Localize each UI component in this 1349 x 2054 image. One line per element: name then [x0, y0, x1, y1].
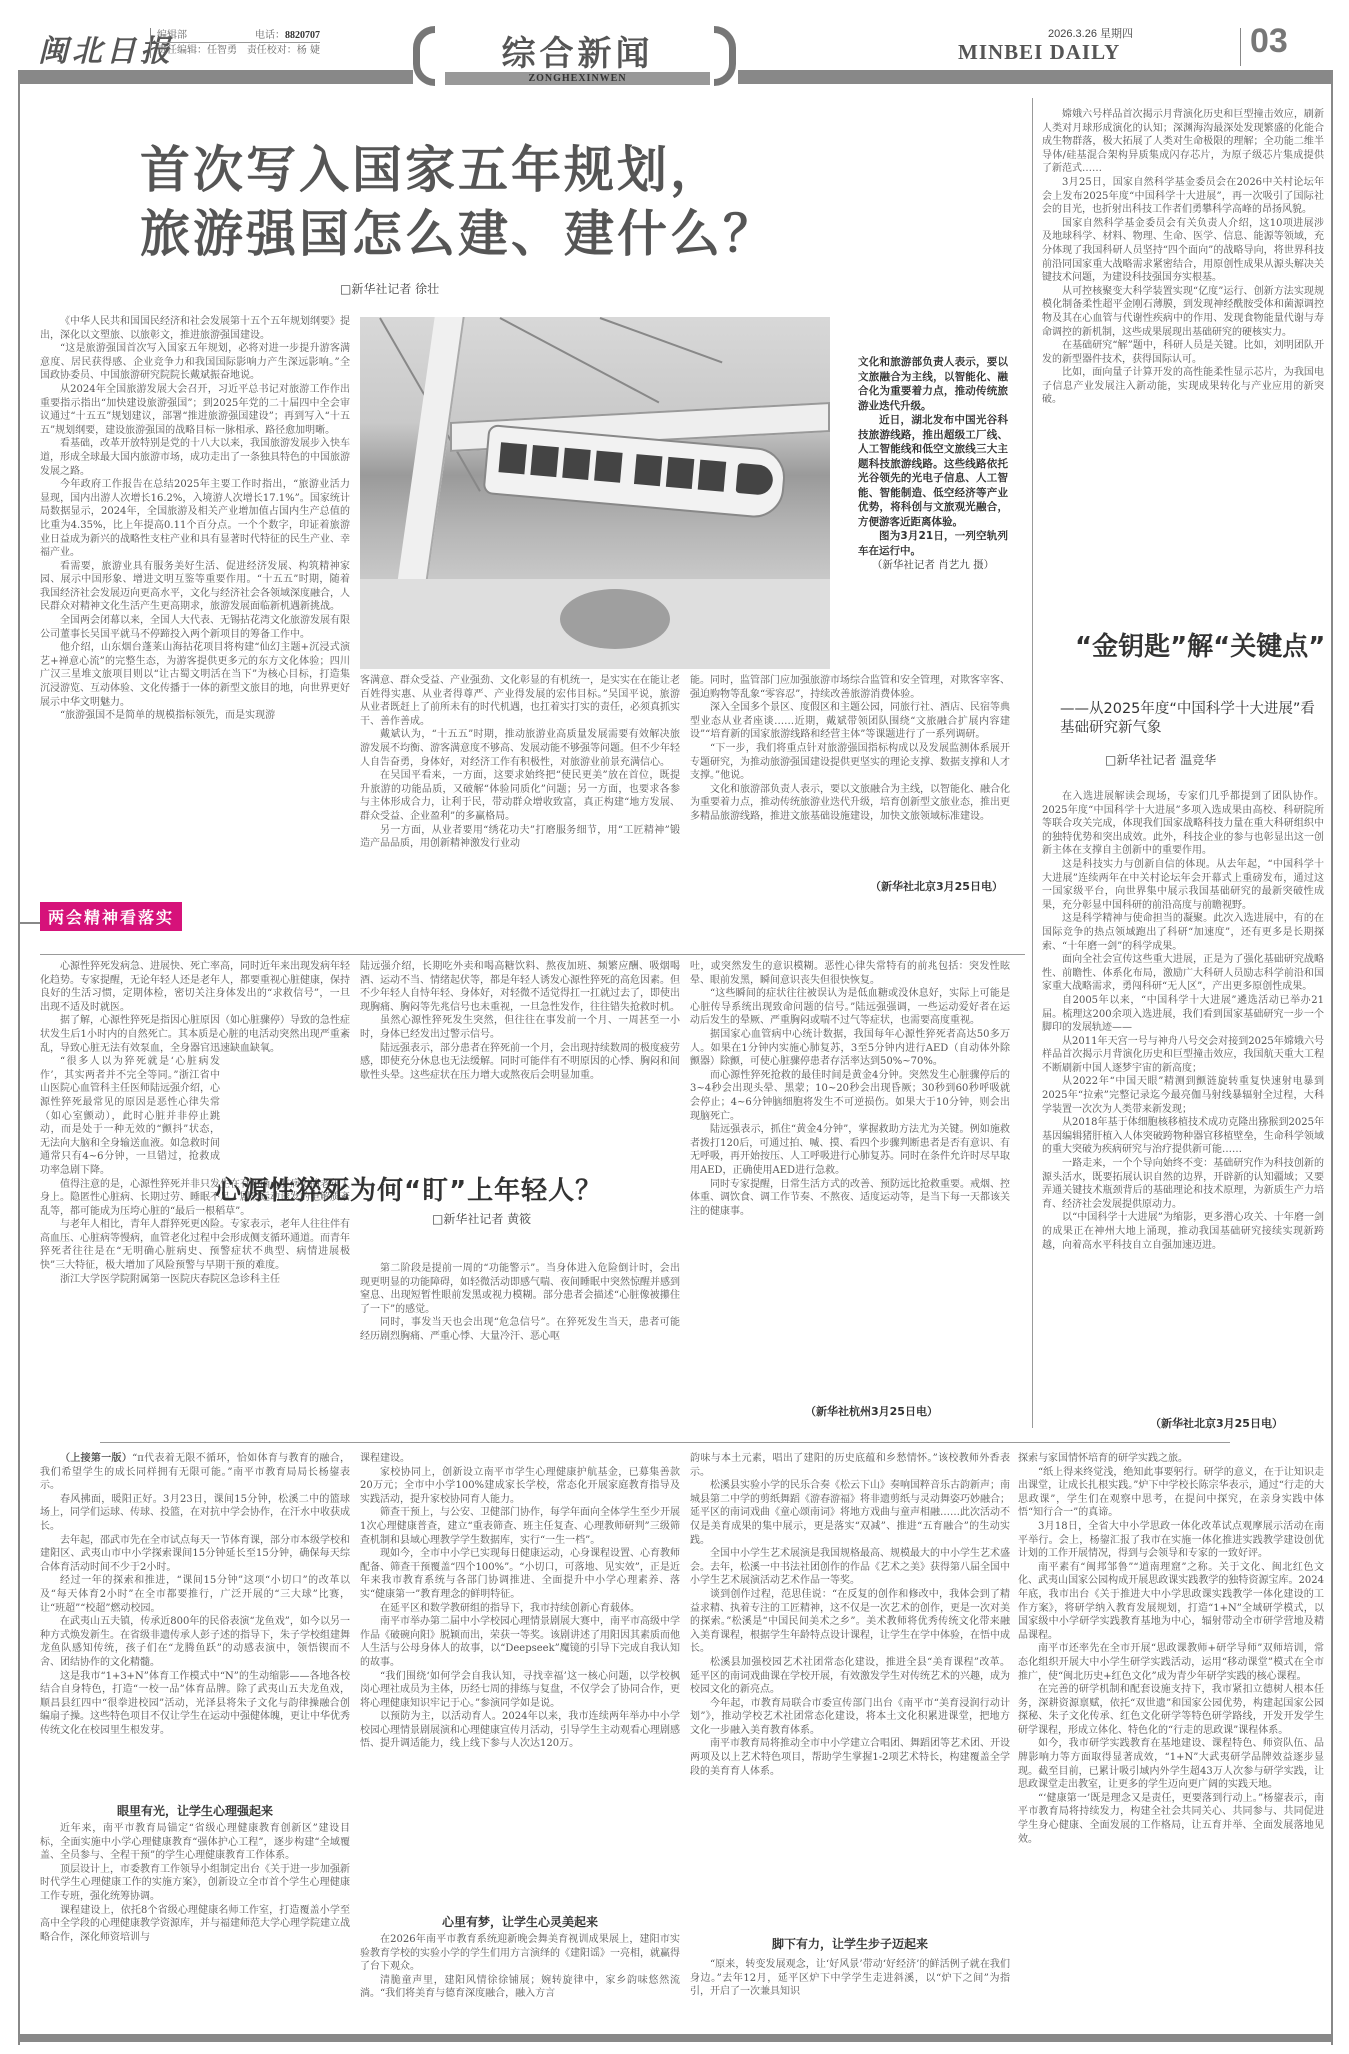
tourism-column-2: 客满意、群众受益、产业强劲、文化彰显的有机统一，是实实在在能让老百姓得实惠、从业… [360, 674, 680, 884]
science-byline: □新华社记者 温竞华 [1105, 751, 1216, 768]
editorial-info: 编辑部 电话：8820707 责任编辑：任智勇 责任校对：杨 婕 [150, 28, 320, 58]
issue-date: 2026.3.26 星期四 [1048, 25, 1133, 41]
education-subhead-3: 脚下有力，让学生步子迈起来 [690, 1935, 1010, 1952]
education-column-2b: 在2026年南平市教育系统迎新晚会舞美育视训成果展上，建阳市实验教育学校的实验小… [360, 1933, 680, 2031]
header-bar-right [738, 70, 1333, 84]
section-bracket-right [714, 26, 736, 86]
photo-train [483, 424, 788, 520]
photo-cable [600, 317, 723, 363]
section-bracket-left [413, 26, 435, 86]
section-pinyin: ZONGHEXINWEN [445, 72, 710, 85]
heart-column-2b: 第二阶段是提前一周的“功能警示”。当身体进入危险倒计时，会出现更明显的功能障碍，… [360, 1262, 680, 1427]
tourism-headline[interactable]: 首次写入国家五年规划， 旅游强国怎么建、建什么？ [140, 138, 776, 266]
footer-bar [18, 2034, 1333, 2042]
tourism-photo-sky-train[interactable] [360, 317, 830, 669]
page-border-left [18, 70, 20, 2045]
editorial-dept: 编辑部 [157, 28, 187, 42]
page-divider [1240, 28, 1241, 66]
section-rule [40, 954, 1025, 955]
tourism-byline: □新华社记者 徐壮 [340, 280, 439, 297]
education-column-1b: 近年来，南平市教育局锚定“省级心理健康教育创新区”建设目标，全面实施中小学心理健… [40, 1822, 350, 2030]
brand-name: MINBEI DAILY [958, 40, 1120, 65]
lianghui-tag[interactable]: 两会精神看落实 [40, 902, 182, 931]
header-bar-left [18, 70, 413, 84]
photo-planter [560, 589, 670, 649]
education-subhead-1: 眼里有光，让学生心理强起来 [40, 1802, 350, 1819]
photo-pillar [395, 317, 464, 597]
column-divider [1032, 98, 1033, 1428]
education-subhead-2: 心里有梦，让学生心灵美起来 [360, 1913, 680, 1930]
heart-column-3: 吐，或突然发生的意识模糊。恶性心律失常特有的前兆包括：突发性眩晕、眼前发黑，瞬间… [690, 960, 1010, 1400]
heart-headline[interactable]: 心源性猝死为何“盯”上年轻人？ [215, 1170, 602, 1207]
editorial-phone: 电话：8820707 [255, 28, 320, 42]
page-number: 03 [1250, 22, 1288, 61]
tourism-column-3: 能。同时，监管部门应加强旅游市场综合监管和安全管理，对欺客宰客、强迫购物等乱象“… [690, 674, 1010, 874]
science-subheadline: ——从2025年度“中国科学十大进展”看基础研究新气象 [1060, 700, 1320, 738]
education-column-4: 探索与家国情怀培育的研学实践之旅。 “纸上得来终觉浅，绝知此事要躬行。研学的意义… [1018, 1452, 1324, 2032]
responsible-editor: 责任编辑：任智勇 [157, 43, 237, 58]
tourism-dateline: （新华社北京3月25日电） [870, 878, 1003, 894]
page-border-right [1331, 70, 1333, 2045]
education-column-3: 韵味与本土元素，唱出了建阳的历史底蕴和乡愁情怀。”该校教师外香表示。 松溪县实验… [690, 1452, 1010, 1920]
science-headline[interactable]: “金钥匙”解“关键点” [1075, 630, 1325, 664]
tourism-column-1: 《中华人民共和国国民经济和社会发展第十五个五年规划纲要》提出，深化以文塑旅、以旅… [40, 315, 350, 900]
responsible-proofreader: 责任校对：杨 婕 [247, 43, 320, 58]
science-body: 在入选进展解读会现场，专家们几乎都提到了团队协作。2025年度“中国科学十大进展… [1042, 790, 1324, 1415]
heart-dateline: （新华社杭州3月25日电） [805, 1403, 938, 1419]
heart-byline: □新华社记者 黄筱 [432, 1210, 531, 1227]
science-dateline: （新华社北京3月25日电） [1150, 1415, 1283, 1431]
education-column-1: （上接第一版）“π代表着无限不循环，恰如体育与教育的融合，我们希望学生的成长同样… [40, 1452, 350, 1797]
section-rule [100, 1442, 1230, 1443]
science-intro: 嫦娥六号样品首次揭示月背演化历史和巨型撞击效应，刷新人类对月球形成演化的认知；深… [1042, 108, 1324, 618]
education-column-2: 课程建设。 家校协同上，创新设立南平市学生心理健康护航基金，已募集善款20万元；… [360, 1452, 680, 1892]
heart-column-2a: 陆远强介绍，长期吃外卖和喝高糖饮料、熬夜加班、频繁应酬、吸烟喝酒、运动不当、情绪… [360, 960, 680, 1160]
section-title: 综合新闻 [445, 26, 710, 75]
photo-caption: 文化和旅游部负责人表示，要以文旅融合为主线，以智能化、融合化为重要着力点，推动传… [858, 355, 1008, 573]
education-column-3b: “原来，转变发展观念，让‘好风景’带动‘好经济’的鲜活例子就在我们身边。”去年1… [690, 1958, 1010, 2030]
